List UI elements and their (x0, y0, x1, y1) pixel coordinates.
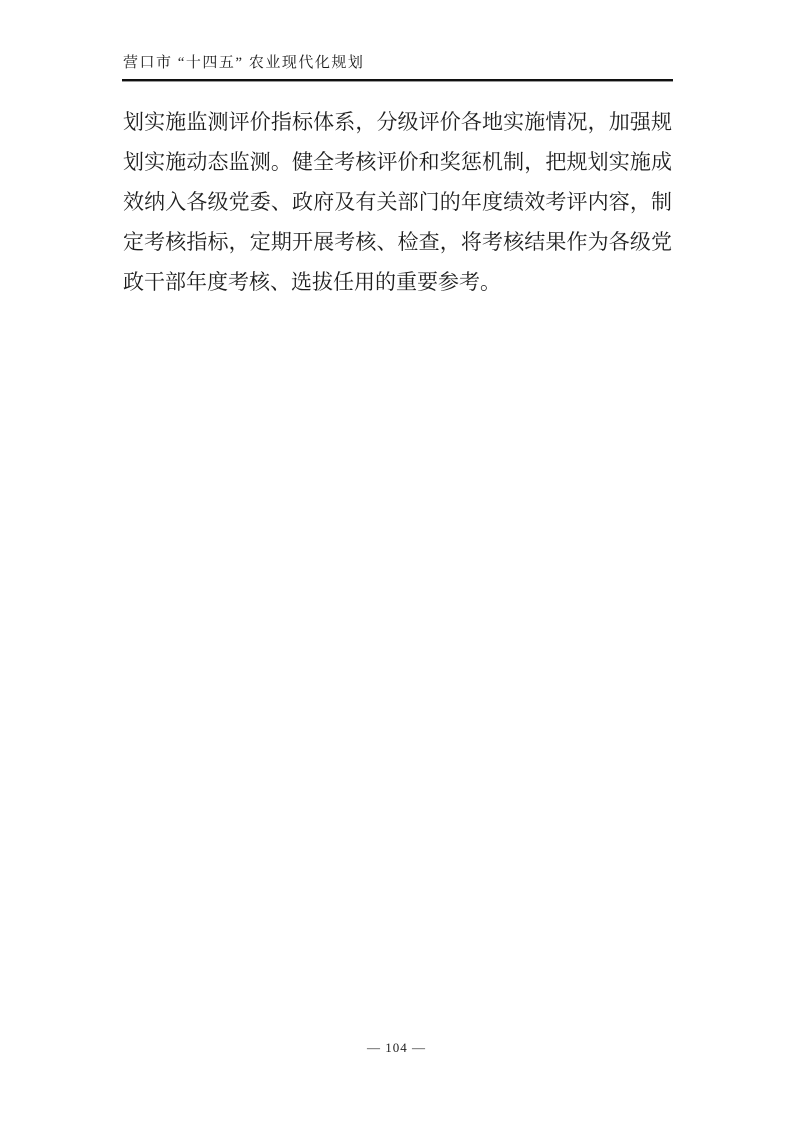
page-number: — 104 — (0, 1039, 793, 1057)
header-rule (122, 79, 673, 82)
paragraph-line: 划实施动态监测。健全考核评价和奖惩机制，把规划实施成 (123, 142, 672, 182)
paragraph-line: 政干部年度考核、选拔任用的重要参考。 (123, 262, 672, 302)
paragraph-line: 定考核指标，定期开展考核、检查，将考核结果作为各级党 (123, 222, 672, 262)
document-page: 营口市 “十四五” 农业现代化规划 划实施监测评价指标体系，分级评价各地实施情况… (0, 0, 793, 1122)
running-header-title: 营口市 “十四五” 农业现代化规划 (123, 52, 673, 74)
paragraph-line: 效纳入各级党委、政府及有关部门的年度绩效考评内容，制 (123, 182, 672, 222)
body-paragraph: 划实施监测评价指标体系，分级评价各地实施情况，加强规 划实施动态监测。健全考核评… (123, 102, 672, 302)
paragraph-line: 划实施监测评价指标体系，分级评价各地实施情况，加强规 (123, 102, 672, 142)
